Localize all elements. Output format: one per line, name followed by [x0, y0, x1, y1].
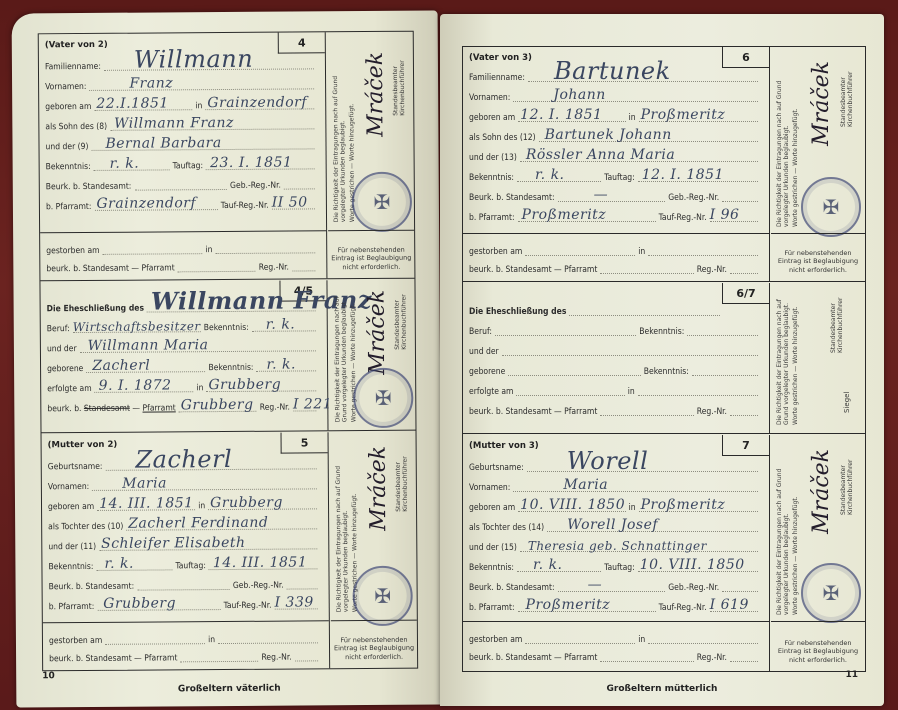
given-names-value: Maria [563, 477, 608, 493]
label-confession: Bekenntnis: [639, 327, 684, 339]
family-name-value: Willmann [134, 45, 253, 74]
born-on-value: 12. I. 1851 [520, 107, 602, 123]
mother-block-right: 7 (Mutter von 3) Geburtsname:Worell Vorn… [463, 435, 865, 671]
label-death-reg-no: Reg.-Nr. [697, 653, 727, 665]
given-names-value: Franz [129, 75, 173, 91]
label-born-on: geboren am [469, 113, 515, 125]
label-confession: Bekenntnis: [46, 162, 91, 174]
eagle-seal-icon: ✠ [823, 581, 840, 605]
daughter-of-value: Worell Josef [567, 517, 658, 533]
parish-office-value: Proßmeritz [526, 597, 611, 613]
label-died-in: in [638, 247, 645, 259]
label-and-of: und der (9) [45, 142, 88, 154]
label-born-on: geboren am [48, 502, 94, 514]
official-title: Standesbeamter Kirchenbuchführer [393, 46, 407, 116]
block-heading: (Vater von 2) [45, 40, 108, 50]
label-registry-office: Beurk. b. Standesamt: [49, 582, 135, 595]
label-death-recorded: beurk. b. Standesamt — Pfarramt [49, 653, 177, 666]
label-nee: geborene [47, 364, 83, 376]
words-struck-added: Worte gestrichen — Worte hinzugefügt. [793, 445, 800, 615]
born-in-value: Grainzendorf [207, 94, 307, 111]
label-confession: Bekenntnis: [469, 173, 514, 185]
confession-value: r. k. [535, 167, 565, 183]
label-given-names: Vornamen: [469, 93, 510, 105]
certification-text: Die Richtigkeit der Eintragungen nach au… [333, 42, 348, 222]
label-parish-office: b. Pfarramt: [469, 603, 515, 615]
label-baptism-reg-no: Tauf-Reg.-Nr. [659, 603, 707, 615]
label-birth-name: Geburtsname: [469, 463, 524, 475]
block-heading: (Mutter von 2) [48, 440, 118, 450]
label-son-of: als Sohn des (12) [469, 133, 536, 145]
label-baptism-day: Tauftag: [173, 161, 204, 173]
label-birth-reg-no: Geb.-Reg.-Nr. [233, 581, 284, 593]
baptism-reg-no-value: I 619 [710, 597, 749, 613]
footer-title-right: Großeltern mütterlich [440, 684, 884, 694]
label-birth-name: Geburtsname: [48, 462, 103, 474]
confession-value: r. k. [533, 557, 563, 573]
label-baptism-reg-no: Tauf-Reg.-Nr. [659, 213, 707, 225]
eagle-seal-icon: ✠ [823, 195, 840, 219]
label-death-recorded: beurk. b. Standesamt — Pfarramt [469, 653, 597, 665]
official-title: Standesbeamter Kirchenbuchführer [395, 290, 409, 350]
label-born-on: geboren am [45, 102, 91, 114]
label-and-of: und der (11) [48, 542, 96, 554]
confession-value: r. k. [110, 156, 140, 172]
daughter-of-value: Zacherl Ferdinand [128, 515, 268, 532]
label-in: in [628, 387, 635, 399]
signature: Mráček [809, 61, 834, 146]
baptism-reg-no-value: I 96 [710, 207, 740, 223]
label-daughter-of: als Tochter des (10) [48, 522, 123, 535]
marriage-date-value: 9. I. 1872 [99, 377, 172, 394]
label-given-names: Vornamen: [48, 482, 89, 494]
born-on-value: 22.I.1851 [96, 95, 168, 112]
bride-value: Willmann Maria [88, 337, 209, 354]
label-bride-confession: Bekenntnis: [208, 363, 253, 375]
label-recorded: beurk. b. Standesamt — Pfarramt [469, 407, 597, 419]
baptism-day-value: 12. I. 1851 [642, 167, 724, 183]
official-stamp: ✠ [353, 368, 413, 428]
marriage-block-right: 6/7 Die Eheschließung des Beruf:Bekenntn… [463, 283, 865, 434]
eagle-seal-icon: ✠ [374, 584, 391, 608]
official-title: Standesbeamter Kirchenbuchführer [841, 57, 855, 127]
baptism-day-value: 10. VIII. 1850 [640, 557, 745, 573]
certification-text: Die Richtigkeit der Eintragungen nach au… [777, 57, 791, 227]
label-given-names: Vornamen: [45, 82, 86, 94]
father-block-left: 4 (Vater von 2) Familienname:Willmann Vo… [39, 32, 415, 282]
marriage-heading: Die Eheschließung des [47, 304, 144, 317]
label-reg-no: Reg.-Nr. [260, 403, 290, 415]
label-confession: Bekenntnis: [48, 562, 93, 574]
label-reg-no: Reg.-Nr. [697, 407, 727, 419]
baptism-reg-no-value: II 50 [272, 194, 308, 210]
label-took-place: erfolgte am [47, 384, 92, 396]
label-registry-office: Beurk. b. Standesamt: [46, 182, 132, 195]
no-certification-note: Für nebenstehenden Eintrag ist Beglaubig… [328, 239, 414, 278]
certification-text: Die Richtigkeit der Eintragungen nach au… [335, 288, 350, 422]
block-heading: (Mutter von 3) [469, 441, 539, 451]
page-number-left: 10 [42, 671, 55, 681]
marriage-parish-value: Grubberg [181, 397, 254, 414]
occupation-value: Wirtschaftsbesitzer [73, 319, 201, 334]
label-registry-office: Beurk. b. Standesamt: [469, 583, 555, 595]
birth-name-value: Zacherl [135, 445, 232, 474]
given-names-value: Maria [122, 475, 167, 491]
parish-office-value: Proßmeritz [522, 207, 607, 223]
page-number-right: 11 [845, 670, 858, 680]
label-and-of: und der (15) [469, 543, 517, 555]
label-baptism-day: Tauftag: [175, 561, 206, 573]
label-confession: Bekenntnis: [204, 323, 249, 335]
and-of-value: Schleifer Elisabeth [101, 535, 246, 552]
registry-office-value: — [594, 187, 609, 203]
born-in-value: Proßmeritz [641, 107, 726, 123]
signature: Mráček [809, 449, 834, 534]
box-number: 4 [278, 32, 325, 53]
and-of-value: Rössler Anna Maria [526, 147, 675, 163]
and-of-value: Bernal Barbara [105, 135, 221, 152]
label-in: in [196, 383, 203, 395]
label-death-reg-no: Reg.-Nr. [697, 265, 727, 277]
box-number: 6 [722, 47, 769, 68]
baptism-reg-no-value: I 339 [274, 594, 313, 610]
given-names-value: Johann [553, 87, 605, 103]
signature: Mráček [366, 446, 392, 531]
father-block-right: 6 (Vater von 3) Familienname:Bartunek Vo… [463, 47, 865, 282]
label-died-in: in [205, 245, 212, 257]
label-in: in [198, 501, 205, 513]
bride-confession-value: r. k. [266, 357, 296, 373]
parish-office-value: Grubberg [103, 595, 176, 612]
marriage-heading: Die Eheschließung des [469, 307, 566, 319]
label-given-names: Vornamen: [469, 483, 510, 495]
right-page: 6 (Vater von 3) Familienname:Bartunek Vo… [440, 14, 884, 706]
certification-text: Die Richtigkeit der Eintragungen nach au… [777, 291, 791, 425]
label-died-on: gestorben am [46, 246, 99, 258]
label-born-on: geboren am [469, 503, 515, 515]
label-occupation: Beruf: [469, 327, 492, 339]
label-in: in [629, 113, 636, 125]
block-heading: (Vater von 3) [469, 53, 532, 63]
label-in: in [195, 101, 202, 113]
no-certification-note: Für nebenstehenden Eintrag ist Beglaubig… [771, 633, 865, 671]
label-died-in: in [208, 635, 215, 647]
born-on-value: 10. VIII. 1850 [520, 497, 625, 513]
label-baptism-reg-no: Tauf-Reg.-Nr. [224, 601, 272, 613]
label-died-on: gestorben am [49, 636, 102, 648]
box-number: 7 [722, 435, 769, 456]
label-death-recorded: beurk. b. Standesamt — Pfarramt [46, 263, 174, 276]
right-form: 6 (Vater von 3) Familienname:Bartunek Vo… [462, 46, 866, 672]
certification-text: Die Richtigkeit der Eintragungen nach au… [336, 442, 351, 612]
words-struck-added: Worte gestrichen — Worte hinzugefügt. [793, 57, 800, 227]
label-son-of: als Sohn des (8) [45, 122, 107, 134]
seal-label: Siegel [843, 383, 851, 413]
groom-confession-value: r. k. [266, 317, 296, 333]
official-stamp: ✠ [801, 563, 861, 623]
label-died-on: gestorben am [469, 635, 522, 647]
family-name-value: Bartunek [554, 57, 671, 85]
parish-office-value: Grainzendorf [96, 195, 196, 212]
label-occupation: Beruf: [47, 324, 70, 336]
official-stamp: ✠ [352, 172, 412, 232]
official-title: Standesbeamter Kirchenbuchführer [396, 442, 410, 512]
label-and-of: und der [47, 344, 77, 356]
baptism-day-value: 14. III. 1851 [213, 554, 307, 571]
signature: Mráček [365, 290, 391, 375]
birth-name-value: Worell [567, 447, 649, 475]
label-baptism-day: Tauftag: [604, 563, 634, 575]
label-death-recorded: beurk. b. Standesamt — Pfarramt [469, 265, 597, 277]
left-page: 4 (Vater von 2) Familienname:Willmann Vo… [12, 11, 443, 708]
official-stamp: ✠ [801, 177, 861, 237]
label-daughter-of: als Tochter des (14) [469, 523, 544, 535]
label-recorded: beurk. b. Standesamt — Pfarramt [47, 403, 176, 416]
words-struck-added: Worte gestrichen — Worte hinzugefügt. [793, 291, 800, 425]
label-baptism-reg-no: Tauf-Reg.-Nr. [221, 201, 269, 213]
label-death-reg-no: Reg.-Nr. [259, 263, 289, 275]
official-title: Standesbeamter Kirchenbuchführer [841, 445, 855, 515]
marriage-reg-no-value: I 221 [293, 396, 332, 412]
label-birth-reg-no: Geb.-Reg.-Nr. [230, 181, 281, 193]
label-parish-office: b. Pfarramt: [469, 213, 515, 225]
and-of-value: Theresia geb. Schnattinger [528, 539, 707, 553]
label-and-of: und der [469, 347, 499, 359]
born-in-value: Proßmeritz [641, 497, 726, 513]
no-certification-note: Für nebenstehenden Eintrag ist Beglaubig… [331, 629, 417, 668]
son-of-value: Bartunek Johann [545, 127, 672, 143]
official-stamp: ✠ [352, 566, 412, 626]
left-form: 4 (Vater von 2) Familienname:Willmann Vo… [38, 31, 418, 672]
label-family-name: Familienname: [469, 73, 525, 85]
marriage-block-left: 4/5 Die Eheschließung desWillmann Franz … [40, 280, 415, 434]
born-in-value: Grubberg [210, 495, 283, 512]
registry-office-value: — [588, 577, 603, 593]
label-confession: Bekenntnis: [469, 563, 514, 575]
eagle-seal-icon: ✠ [373, 190, 390, 214]
nee-value: Zacherl [92, 358, 150, 374]
label-baptism-day: Tauftag: [604, 173, 634, 185]
eagle-seal-icon: ✠ [375, 386, 392, 410]
label-in: in [629, 503, 636, 515]
label-died-on: gestorben am [469, 247, 522, 259]
label-birth-reg-no: Geb.-Reg.-Nr. [668, 583, 719, 595]
label-birth-reg-no: Geb.-Reg.-Nr. [668, 193, 719, 205]
label-took-place: erfolgte am [469, 387, 513, 399]
label-parish-office: b. Pfarramt: [46, 202, 92, 214]
label-family-name: Familienname: [45, 62, 101, 74]
official-title: Standesbeamter Kirchenbuchführer [831, 293, 845, 353]
label-died-in: in [638, 635, 645, 647]
label-nee: geborene [469, 367, 505, 379]
footer-title-left: Großeltern väterlich [16, 683, 442, 696]
born-on-value: 14. III. 1851 [99, 495, 193, 512]
signature: Mráček [363, 52, 389, 137]
son-of-value: Willmann Franz [114, 115, 234, 132]
box-number: 5 [281, 432, 328, 453]
label-bride-confession: Bekenntnis: [644, 367, 689, 379]
label-and-of: und der (13) [469, 153, 517, 165]
no-certification-note: Für nebenstehenden Eintrag ist Beglaubig… [771, 243, 865, 281]
marriage-place-value: Grubberg [208, 377, 281, 394]
label-parish-office: b. Pfarramt: [49, 602, 95, 614]
label-registry-office: Beurk. b. Standesamt: [469, 193, 555, 205]
baptism-day-value: 23. I. 1851 [210, 155, 292, 172]
confession-value: r. k. [104, 556, 134, 572]
label-death-reg-no: Reg.-Nr. [261, 653, 291, 665]
certification-text: Die Richtigkeit der Eintragungen nach au… [777, 445, 791, 615]
mother-block-left: 5 (Mutter von 2) Geburtsname:Zacherl Vor… [42, 432, 418, 671]
